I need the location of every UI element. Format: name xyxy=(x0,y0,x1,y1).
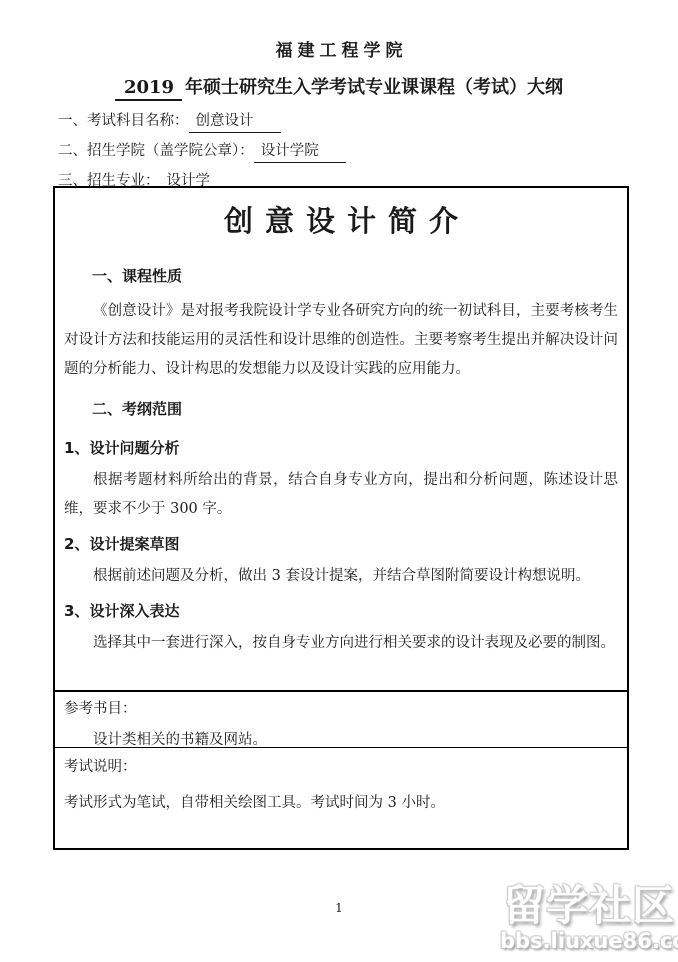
field-label: 二、招生学院（盖学院公章）： xyxy=(58,143,254,159)
item-title: 设计提案草图 xyxy=(89,535,179,553)
item-description: 选择其中一套进行深入，按自身专业方向进行相关要求的设计表现及必要的制图。 xyxy=(64,629,618,658)
item-description: 根据考题材料所给出的背景，结合自身专业方向，提出和分析问题，陈述设计思维，要求不… xyxy=(64,466,618,524)
course-nature-paragraph: 《创意设计》是对报考我院设计学专业各研究方向的统一初试科目，主要考核考生对设计方… xyxy=(64,297,618,384)
watermark: 留学社区 bbs.liuxue86.com xyxy=(500,883,678,953)
section-heading-exam-scope: 二、考纲范围 xyxy=(92,399,627,419)
item-number: 2、 xyxy=(64,535,89,553)
watermark-site-url: bbs.liuxue86.com xyxy=(500,930,678,953)
field-row-subject: 一、考试科目名称：创意设计 xyxy=(58,113,346,133)
reference-body: 设计类相关的书籍及网站。 xyxy=(93,732,627,748)
exam-note-body: 考试形式为笔试，自带相关绘图工具。考试时间为 3 小时。 xyxy=(64,795,618,812)
item-title: 设计问题分析 xyxy=(89,439,179,457)
item-number: 1、 xyxy=(64,439,89,457)
item-heading: 2、设计提案草图 xyxy=(64,534,627,554)
exam-note-section: 考试说明： 考试形式为笔试，自带相关绘图工具。考试时间为 3 小时。 xyxy=(55,748,627,848)
doc-title-text: 年硕士研究生入学考试专业课课程（考试）大纲 xyxy=(185,77,563,98)
field-value: 设计学院 xyxy=(254,143,346,163)
section-heading-course-nature: 一、课程性质 xyxy=(92,266,627,286)
field-row-college: 二、招生学院（盖学院公章）：设计学院 xyxy=(58,143,346,163)
syllabus-main-section: 创意设计简介 一、课程性质 《创意设计》是对报考我院设计学专业各研究方向的统一初… xyxy=(55,188,627,692)
exam-note-label: 考试说明： xyxy=(64,759,627,776)
exam-scope-item-2: 2、设计提案草图 根据前述问题及分析，做出 3 套设计提案，并结合草图附简要设计… xyxy=(55,534,627,591)
item-heading: 3、设计深入表达 xyxy=(64,601,627,621)
syllabus-box: 创意设计简介 一、课程性质 《创意设计》是对报考我院设计学专业各研究方向的统一初… xyxy=(53,186,629,850)
exam-scope-item-3: 3、设计深入表达 选择其中一套进行深入，按自身专业方向进行相关要求的设计表现及必… xyxy=(55,601,627,658)
field-value: 创意设计 xyxy=(189,113,281,133)
doc-title-year: 2019 xyxy=(115,77,182,101)
doc-title: 2019年硕士研究生入学考试专业课课程（考试）大纲 xyxy=(0,73,678,99)
syllabus-title: 创意设计简介 xyxy=(55,201,627,241)
page-number: 1 xyxy=(0,901,678,915)
reference-label: 参考书目： xyxy=(64,701,627,718)
item-description: 根据前述问题及分析，做出 3 套设计提案，并结合草图附简要设计构想说明。 xyxy=(64,562,618,591)
school-name: 福建工程学院 xyxy=(0,36,678,61)
item-heading: 1、设计问题分析 xyxy=(64,438,627,458)
exam-scope-item-1: 1、设计问题分析 根据考题材料所给出的背景，结合自身专业方向，提出和分析问题，陈… xyxy=(55,438,627,524)
reference-section: 参考书目： 设计类相关的书籍及网站。 xyxy=(55,692,627,748)
item-number: 3、 xyxy=(64,602,89,620)
item-title: 设计深入表达 xyxy=(89,602,179,620)
field-label: 一、考试科目名称： xyxy=(58,113,189,129)
document-page: 福建工程学院 2019年硕士研究生入学考试专业课课程（考试）大纲 一、考试科目名… xyxy=(0,0,678,962)
